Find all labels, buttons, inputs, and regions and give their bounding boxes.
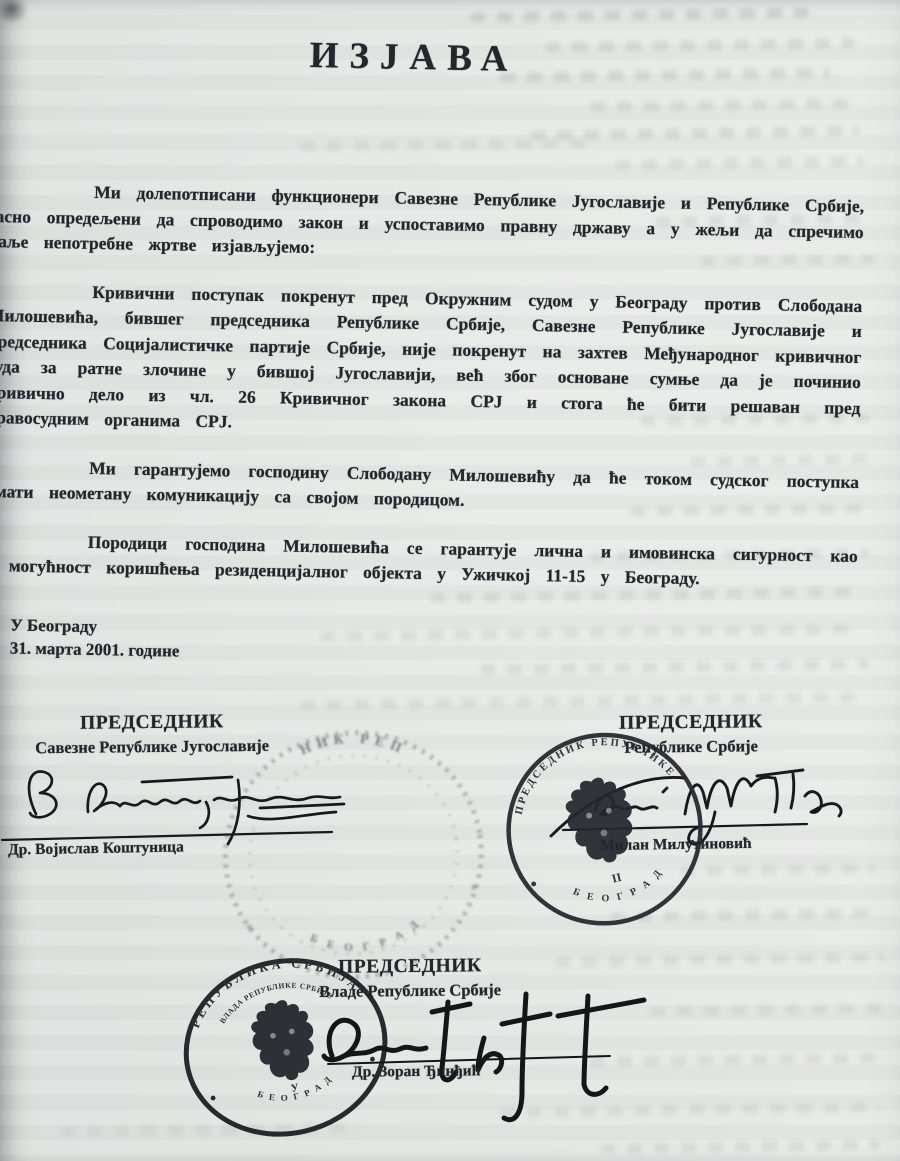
bleed-through-line [300, 692, 860, 710]
paragraph-communication-guarantee: Ми гарантујемо господину Слободану Милош… [0, 453, 859, 520]
bleed-through-line [590, 98, 860, 112]
svg-text:НИК РЕП: НИК РЕП [297, 722, 411, 775]
paragraph-intro: Ми долепотписани функционери Савезне Реп… [0, 178, 864, 271]
document-body: Ми долепотписани функционери Савезне Реп… [0, 178, 864, 674]
signer-name-kostunica: Др. Војислав Коштуница [8, 838, 184, 859]
bleed-through-line [300, 138, 590, 152]
bleed-through-line [600, 1140, 880, 1154]
scanned-document-page: ИЗЈАВА Ми долепотписани функционери Саве… [0, 0, 900, 1161]
scan-artifact-corner [0, 0, 28, 24]
bleed-through-line [470, 8, 810, 23]
faint-stamp-fragment-top: НИК РЕП [297, 722, 411, 775]
paragraph-family-guarantee: Породици господина Милошевића се гаранту… [0, 527, 858, 594]
bleed-through-line [555, 953, 885, 968]
document-title: ИЗЈАВА [0, 28, 828, 87]
signer-role-fry: ПРЕДСЕДНИК [4, 710, 300, 735]
dateline: У Београду 31. марта 2001. године [0, 612, 856, 674]
president-stamp-numeral: II [610, 870, 623, 886]
djindjic-signature [288, 972, 688, 1140]
paragraph-criminal-proceedings: Кривични поступак покренут пред Окружним… [0, 278, 863, 447]
bleed-through-line [615, 156, 865, 169]
signer-name-djindjic: Др. Зоран Ђинђић [352, 1062, 480, 1081]
